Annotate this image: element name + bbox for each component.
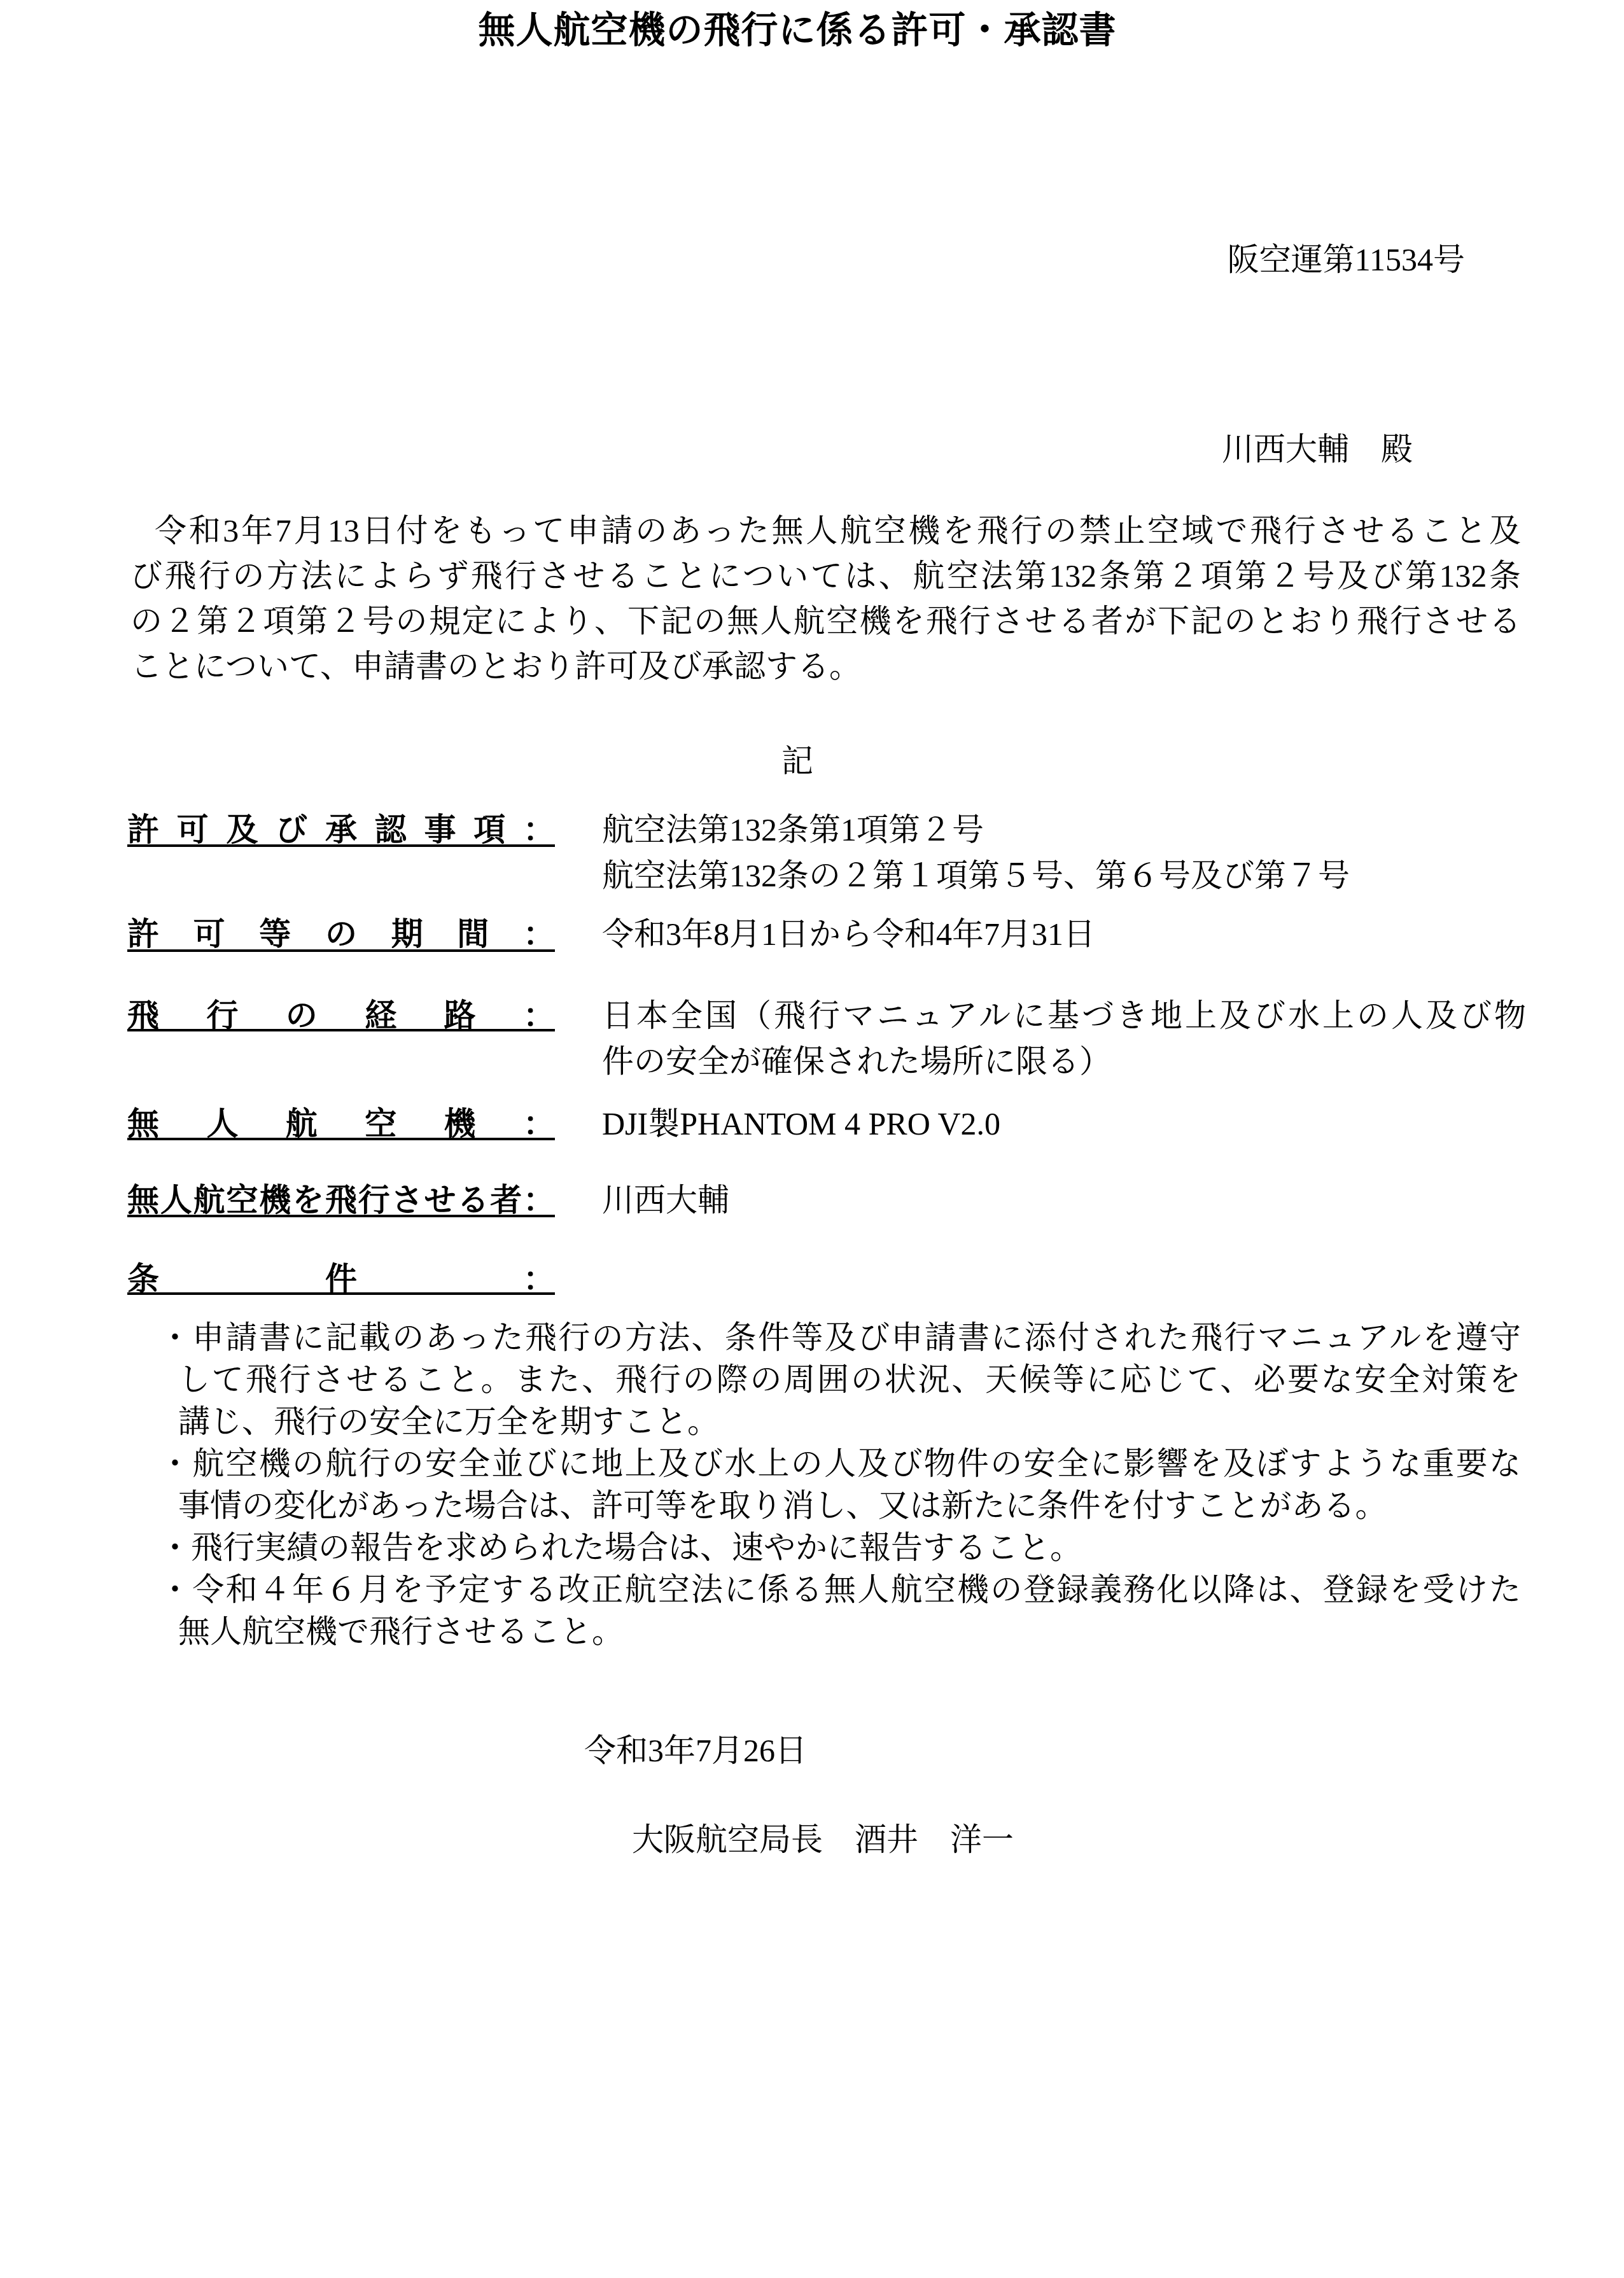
- field-value-line: 令和3年8月1日から令和4年7月31日: [602, 911, 1526, 957]
- document-title: 無人航空機の飛行に係る許可・承認書: [0, 0, 1595, 53]
- condition-line: ・飛行実績の報告を求められた場合は、速やかに報告すること。: [159, 1527, 1521, 1569]
- document-number: 阪空運第11534号: [1228, 234, 1465, 280]
- field-underline: [127, 949, 555, 952]
- field-underline: [127, 1029, 555, 1031]
- field-value-line: 航空法第132条第1項第２号: [602, 807, 1526, 853]
- condition-line: ・航空機の航行の安全並びに地上及び水上の人及び物件の安全に影響を及ぼすような重要…: [159, 1443, 1521, 1485]
- condition-line: して飛行させること。また、飛行の際の周囲の状況、天候等に応じて、必要な安全対策を: [159, 1359, 1521, 1401]
- body-line: ことについて、申請書のとおり許可及び承認する。: [130, 644, 1521, 689]
- issue-date: 令和3年7月26日: [584, 1725, 807, 1771]
- condition-line: 無人航空機で飛行させること。: [159, 1611, 1521, 1653]
- body-paragraph: 令和3年7月13日付をもって申請のあった無人航空機を飛行の禁止空域で飛行させるこ…: [130, 508, 1521, 689]
- body-line: び飛行の方法によらず飛行させることについては、航空法第132条第２項第２号及び第…: [130, 554, 1521, 599]
- field-value-flight-route: 日本全国（飛行マニュアルに基づき地上及び水上の人及び物 件の安全が確保された場所…: [602, 993, 1526, 1084]
- addressee-line: 川西大輔 殿: [1222, 424, 1413, 470]
- condition-line: ・令和４年６月を予定する改正航空法に係る無人航空機の登録義務化以降は、登録を受け…: [159, 1569, 1521, 1611]
- field-value-line: 航空法第132条の２第１項第５号、第６号及び第７号: [602, 853, 1526, 898]
- field-value-line: 件の安全が確保された場所に限る）: [602, 1038, 1526, 1084]
- field-label-conditions: 条件：: [127, 1263, 555, 1295]
- field-value-line: DJI製PHANTOM 4 PRO V2.0: [602, 1101, 1526, 1147]
- field-value-permit-period: 令和3年8月1日から令和4年7月31日: [602, 911, 1526, 957]
- field-label-flight-route: 飛行の経路：: [127, 1000, 555, 1031]
- condition-line: 講じ、飛行の安全に万全を期すこと。: [159, 1401, 1521, 1443]
- field-label-approved-items: 許可及び承認事項：: [127, 814, 555, 846]
- field-underline: [127, 1292, 555, 1295]
- field-label-uav: 無人航空機：: [127, 1108, 555, 1140]
- issuer-signature: 大阪航空局長 酒井 洋一: [632, 1814, 1014, 1860]
- field-underline: [127, 844, 555, 847]
- field-label-operator: 無人航空機を飛行させる者：: [127, 1184, 555, 1216]
- field-value-operator: 川西大輔: [602, 1177, 1526, 1223]
- permit-document-page: 阪空運第11534号 無人航空機の飛行に係る許可・承認書 川西大輔 殿 令和3年…: [0, 0, 1624, 2278]
- section-mark: 記: [0, 736, 1595, 781]
- conditions-list: ・申請書に記載のあった飛行の方法、条件等及び申請書に添付された飛行マニュアルを遵…: [159, 1317, 1521, 1653]
- field-underline: [127, 1215, 555, 1217]
- condition-line: 事情の変化があった場合は、許可等を取り消し、又は新たに条件を付すことがある。: [159, 1485, 1521, 1527]
- field-label-permit-period: 許可等の期間：: [127, 918, 555, 950]
- body-line: の２第２項第２号の規定により、下記の無人航空機を飛行させる者が下記のとおり飛行さ…: [130, 599, 1521, 644]
- field-underline: [127, 1138, 555, 1140]
- field-value-approved-items: 航空法第132条第1項第２号 航空法第132条の２第１項第５号、第６号及び第７号: [602, 807, 1526, 898]
- field-value-line: 日本全国（飛行マニュアルに基づき地上及び水上の人及び物: [602, 993, 1526, 1038]
- condition-line: ・申請書に記載のあった飛行の方法、条件等及び申請書に添付された飛行マニュアルを遵…: [159, 1317, 1521, 1359]
- field-value-line: 川西大輔: [602, 1177, 1526, 1223]
- body-line: 令和3年7月13日付をもって申請のあった無人航空機を飛行の禁止空域で飛行させるこ…: [130, 508, 1521, 554]
- field-value-uav: DJI製PHANTOM 4 PRO V2.0: [602, 1101, 1526, 1147]
